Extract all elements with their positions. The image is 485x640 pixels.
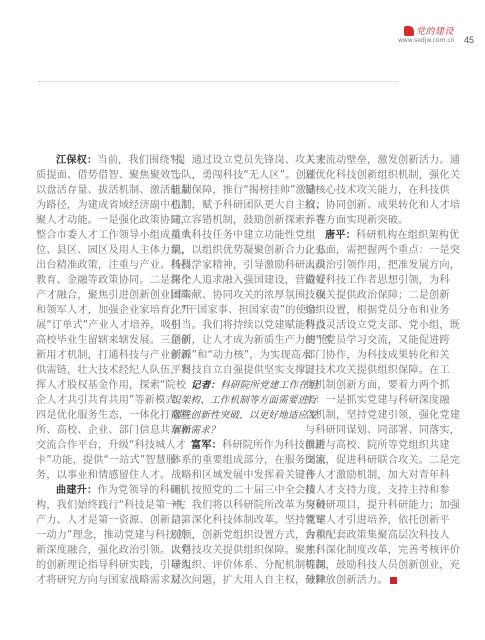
text-line: 的创新理论指导科研实践，引导人 [36,558,162,573]
line-text: 位、县区、园区及用人主体力量， [36,245,191,256]
line-text: 体系的重要组成部分，在服务国家 [171,455,326,466]
line-text: 做好科技工作者思想引领，为科 [305,275,450,286]
text-line: 构，我们始终践行“科技是第一生 [36,498,162,513]
text-line: 神，我们将以科研院所改革为突破 [171,498,297,513]
line-text: 以盘活存量、拔活机制、激活能量 [36,185,191,196]
text-line: 特点灵活设立党支部、党小组，既 [305,318,431,333]
line-text: 推进与高校、院所等党组织共建 [305,440,450,451]
text-line: 机制保障，推行“揭榜挂帅”激励 [171,183,297,198]
header-divider [38,81,398,82]
line-text: 四是优化服务生态，一体化打造院 [36,410,191,421]
line-text: 层次问题，扩大用人自主权，破除 [171,575,326,586]
text-line: 织架构、工作机制等方面需要进行 [171,393,297,408]
line-text: 神，我们将以科研院所改革为突破 [171,500,326,511]
page-number: 45 [464,35,474,45]
line-text: 将个人追求融入强国建设，营造爱 [171,275,326,286]
line-text: 平科技自立自强提供坚实支撑。 [171,365,316,376]
line-text: 科研院所党建工作在组 [220,380,317,391]
speaker-name: 唐平： [325,230,356,241]
text-line: 所、高校、企业、部门信息共享和 [36,423,162,438]
line-text: 与科研同谋划、同部署、同落实， [305,425,460,436]
line-text: 善人才激励机制，加大对青年科 [305,470,450,481]
text-line: 以盘活存量、拔活机制、激活能量 [36,183,162,198]
text-line: 教育、金融等政策协同。二是深化 [36,273,162,288]
text-line: 标，通过设立党员先锋岗、攻关突 [171,153,297,168]
text-line: 担当。我们将持续以党建赋能科技 [171,318,297,333]
line-text: 扬科学家精神，引导激励科研人员 [171,260,326,271]
logo-emblem-icon [404,26,414,36]
text-line: 卡”功能，提供“一站式”智慧服 [36,453,162,468]
text-line: 产才融合，聚焦引进创新创业团队 [36,288,162,303]
text-line: 分释放创新活力。 [305,573,431,588]
line-text: 标，通过设立党员先锋岗、攻关突 [171,155,326,166]
line-text: 键核心技术攻关能力，在科技供 [305,185,450,196]
text-line: 过优化科技创新组织机制，强化关 [305,168,431,183]
line-text: 所、高校、企业、部门信息共享和 [36,425,191,436]
text-line: 用。按照党的二十届三中全会精 [171,483,297,498]
line-text: 担当。我们将持续以党建赋能科技 [171,320,326,331]
line-text: 供需链，壮大技术经纪人队伍，发 [36,365,191,376]
line-text: 教育、金融等政策协同。二是深化 [36,275,191,286]
text-line: 技人才支持力度，支持主持和参 [305,483,431,498]
line-text: 务，以事业和情感留住人才。 [36,470,170,481]
text-line: 才将研究方向与国家战略需求对 [36,573,162,588]
line-text: 产力、人才是第一资源、创新是第 [36,515,191,526]
text-line: 扬科学家精神，引导激励科研人员 [171,258,297,273]
text-line: 养等方面实现新突破。 [305,213,431,228]
text-line: 为路径，为建成省域经济副中心汇 [36,198,162,213]
text-line: 体系的重要组成部分，在服务国家 [171,453,297,468]
line-text: 国奉献、协同攻关的浓厚氛围，强 [171,290,326,301]
line-text: 重大科技任务中建立功能性党组 [171,230,316,241]
line-text: 挥人才股权基金作用，探索“院校 [36,380,186,391]
text-line: 和领军人才，加强企业家培育，开 [36,303,162,318]
text-line: 挥人才股权基金作用，探索“院校 [36,378,162,393]
text-line: 化“干国家事、担国家责”的使命 [171,303,297,318]
line-text: 高校毕业生留辖来辖发展。三是创 [36,335,191,346]
text-line: 研组织、评价体系、分配机制等深 [171,558,297,573]
line-text: 机制，鼓励科技人员创新创业，充 [305,560,460,571]
text-column-2: 标，通过设立党员先锋岗、攻关突击队，勇闯科技“无人区”。创新机制保障，推行“揭榜… [171,153,297,588]
line-text: 科研机构在组织架构优 [356,230,459,241]
line-text: 织架构、工作机制等方面需要进行 [171,395,317,406]
line-text: 击队，勇闯科技“无人区”。创新 [171,170,316,181]
line-text: 一动力”理念，推动党建与科技创 [36,530,186,541]
line-text: 机制保障，推行“揭榜挂帅”激励 [171,185,316,196]
line-text: 聚人才动能。一是强化政策协同， [36,215,191,226]
line-text: 便于党员学习交流，又能促进跨 [305,335,450,346]
text-line: 织，以组织优势凝聚创新合力。弘 [171,243,297,258]
line-text: 交流合作平台，升级“科技城人才 [36,440,186,451]
text-line: 部门协作，为科技成果转化和关 [305,348,431,363]
line-text: 机制，赋予科研团队更大自主权； [171,200,326,211]
line-text: 新用才机制，打通科技与产业创新 [36,350,191,361]
line-text: 新源”和“动力核”，为实现高水 [171,350,311,361]
text-line: 平科技自立自强提供坚实支撑。 [171,363,297,378]
line-text: 给、协同创新、成果转化和人才培 [305,200,460,211]
line-text: 用。按照党的二十届三中全会精 [171,485,316,496]
text-line: 出政治引领作用，把准发展方向， [305,258,431,273]
text-line: 与科研项目，提升科研能力；加强 [305,498,431,513]
line-text: 卡”功能，提供“一站式”智慧服 [36,455,176,466]
text-line: 层次问题，扩大用人自主权，破除 [171,573,297,588]
text-line: 产力、人才是第一资源、创新是第 [36,513,162,528]
line-text: 的创新理论指导科研实践，引导人 [36,560,191,571]
text-line: 新源”和“动力核”，为实现高水 [171,348,297,363]
text-line: 国奉献、协同攻关的浓厚氛围，强 [171,288,297,303]
text-line: 供需链，壮大技术经纪人队伍，发 [36,363,162,378]
text-line: 作机制创新方面，要着力两个抓 [305,378,431,393]
text-line: 展新需求？ [171,423,297,438]
line-text: 特点灵活设立党支部、党小组，既 [305,320,460,331]
text-line: 便于党员学习交流，又能促进跨 [305,333,431,348]
text-line: 一动力”理念，推动党建与科技创 [36,528,162,543]
line-text: 展“订单式”产业人才培养，吸引 [36,320,181,331]
line-text: 大科技攻关提供组织保障。聚焦科 [171,545,326,556]
line-text: 化“干国家事、担国家责”的使命 [171,305,316,316]
line-text: 新深度融合，强化政治引领。以党 [36,545,191,556]
line-text: 展新需求？ [171,425,220,436]
line-text: 和领军人才，加强企业家培育，开 [36,305,191,316]
text-line: 创新，让人才成为新质生产力的“创 [171,333,297,348]
text-line: 引领，创新党组织设置方式，为重 [171,528,297,543]
text-line: 新用才机制，打通科技与产业创新 [36,348,162,363]
line-text: 质提面、借势借智、聚焦聚效”， [36,170,186,181]
line-text: 作机制创新方面，要着力两个抓 [305,380,450,391]
text-column-3: 人才流动壁垒，激发创新活力。通过优化科技创新组织机制，强化关键核心技术攻关能力，… [305,153,431,588]
line-text: 合机制，坚持党建引领，强化党建 [305,410,460,421]
text-line: 记者：科研院所党建工作在组 [171,378,297,393]
text-line: 富军：科研院所作为科技创新 [171,438,297,453]
page-header: 党的建设 www.sedjw.com.cn 45 [0,0,485,50]
text-line: 整合市委人才工作领导小组成员单 [36,228,162,243]
line-text: 组织设置，根据党员分布和业务 [305,305,450,316]
text-line: 合机制，坚持党建引领，强化党建 [305,408,431,423]
line-text: 养等方面实现新突破。 [305,215,408,226]
text-column-1: 江保权：当前，我们围绕“提质提面、借势借智、聚焦聚效”，以盘活存量、拔活机制、激… [36,153,162,588]
line-text: 出政治引领作用，把准发展方向， [305,260,460,271]
text-line: 战略和区域发展中发挥着关键作 [171,468,297,483]
speaker-name: 江保权： [56,155,97,166]
text-line: 化方面，需把握两个重点：一是突 [305,243,431,258]
text-line: 建立容错机制，鼓励创新探索；在 [171,213,297,228]
line-text: 部门协作，为科技成果转化和关 [305,350,450,361]
line-text: 研组织、评价体系、分配机制等深 [171,560,326,571]
text-line: 务，以事业和情感留住人才。 [36,468,162,483]
logo-url: www.sedjw.com.cn [398,37,454,44]
line-text: 化方面，需把握两个重点：一是突 [305,245,460,256]
text-line: 曲建升：作为党领导的科研机 [36,483,162,498]
speaker-name: 记者： [191,380,220,391]
line-text: 交流，促进科研联合攻关。二是完 [305,455,460,466]
text-line: 台和配套政策集聚高层次科技人 [305,528,431,543]
publication-logo[interactable]: 党的建设 www.sedjw.com.cn [398,26,462,48]
speaker-name: 曲建升： [56,485,97,496]
line-text: 构，我们始终践行“科技是第一生 [36,500,186,511]
text-line: 口，深化科技体制改革。坚持党建 [171,513,297,528]
text-line: 重大科技任务中建立功能性党组 [171,228,297,243]
text-line: 唐平：科研机构在组织架构优 [305,228,431,243]
line-text: 领军人才引进培养，依托创新平 [305,515,450,526]
line-text: 人才流动壁垒，激发创新活力。通 [305,155,460,166]
line-text: 引领，创新党组织设置方式，为重 [171,530,326,541]
text-line: 位、县区、园区及用人主体力量， [36,243,162,258]
text-line: 键技术攻关提供组织保障。在工 [305,363,431,378]
text-line: 人才流动壁垒，激发创新活力。通 [305,153,431,168]
text-line: 新深度融合，强化政治引领。以党 [36,543,162,558]
text-line: 击队，勇闯科技“无人区”。创新 [171,168,297,183]
line-text: 产才融合，聚焦引进创新创业团队 [36,290,191,301]
text-line: 江保权：当前，我们围绕“提 [36,153,162,168]
text-line: 交流合作平台，升级“科技城人才 [36,438,162,453]
text-line: 机制，赋予科研团队更大自主权； [171,198,297,213]
text-line: 机制，鼓励科技人员创新创业，充 [305,558,431,573]
line-text: 战略和区域发展中发挥着关键作 [171,470,316,481]
line-text: 建立容错机制，鼓励创新探索；在 [171,215,326,226]
text-line: 四是优化服务生态，一体化打造院 [36,408,162,423]
speaker-name: 富军： [191,440,222,451]
line-text: 键技术攻关提供组织保障。在工 [305,365,450,376]
text-line: 推进与高校、院所等党组织共建 [305,438,431,453]
text-line: 才；深化制度改革，完善考核评价 [305,543,431,558]
line-text: 技攻关提供政治保障；二是创新 [305,290,450,301]
line-text: 才；深化制度改革，完善考核评价 [305,545,460,556]
line-text: 企人才共引共育共用”等新模式。 [36,395,186,406]
line-text: 整合市委人才工作领导小组成员单 [36,230,191,241]
line-text: 与科研项目，提升科研能力；加强 [305,500,460,511]
line-text: 台和配套政策集聚高层次科技人 [305,530,450,541]
text-line: 聚人才动能。一是强化政策协同， [36,213,162,228]
line-text: 过优化科技创新组织机制，强化关 [305,170,460,181]
line-text: 分释放创新活力。 [305,575,388,586]
text-line: 领军人才引进培养，依托创新平 [305,513,431,528]
text-line: 哪些创新性突破，以更好地适应发 [171,408,297,423]
text-line: 组织设置，根据党员分布和业务 [305,303,431,318]
text-line: 交流，促进科研联合攻关。二是完 [305,453,431,468]
text-line: 大科技攻关提供组织保障。聚焦科 [171,543,297,558]
text-line: 实：一是抓实党建与科研深度融 [305,393,431,408]
line-text: 口，深化科技体制改革。坚持党建 [171,515,326,526]
text-line: 企人才共引共育共用”等新模式。 [36,393,162,408]
text-line: 善人才激励机制，加大对青年科 [305,468,431,483]
text-line: 展“订单式”产业人才培养，吸引 [36,318,162,333]
line-text: 哪些创新性突破，以更好地适应发 [171,410,317,421]
text-line: 质提面、借势借智、聚焦聚效”， [36,168,162,183]
text-line: 与科研同谋划、同部署、同落实， [305,423,431,438]
line-text: 才将研究方向与国家战略需求对 [36,575,181,586]
text-line: 给、协同创新、成果转化和人才培 [305,198,431,213]
text-line: 将个人追求融入强国建设，营造爱 [171,273,297,288]
line-text: 实：一是抓实党建与科研深度融 [305,395,450,406]
line-text: 技人才支持力度，支持主持和参 [305,485,450,496]
text-line: 出台精准政策，注重与产业、科技、 [36,258,162,273]
article-end-icon [390,577,397,584]
text-line: 做好科技工作者思想引领，为科 [305,273,431,288]
line-text: 织，以组织优势凝聚创新合力。弘 [171,245,326,256]
text-line: 高校毕业生留辖来辖发展。三是创 [36,333,162,348]
logo-title: 党的建设 [416,24,454,37]
text-line: 技攻关提供政治保障；二是创新 [305,288,431,303]
text-line: 键核心技术攻关能力，在科技供 [305,183,431,198]
line-text: 为路径，为建成省域经济副中心汇 [36,200,191,211]
